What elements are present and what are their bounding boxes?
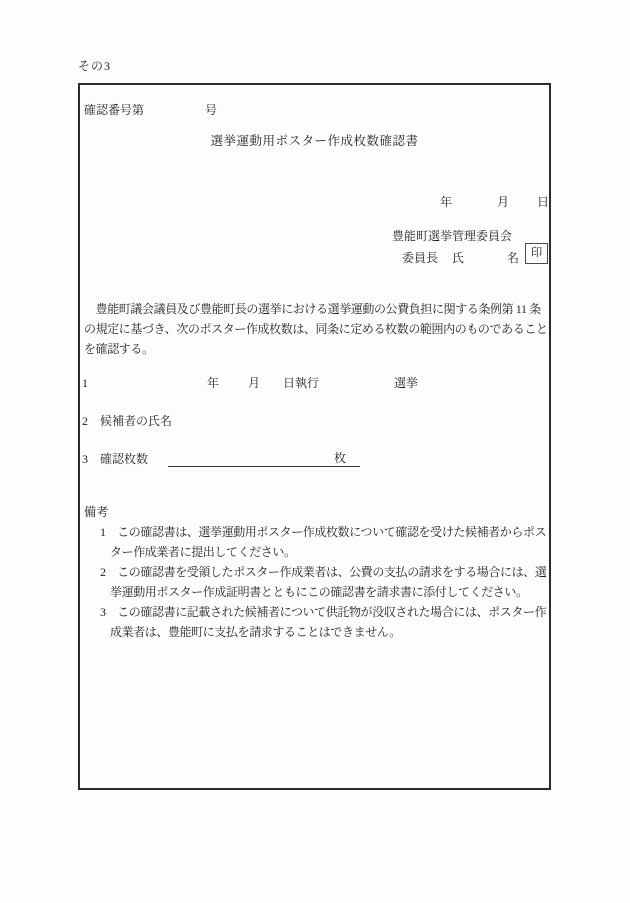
item3-number: 3: [82, 449, 88, 469]
item-confirmed-count-row: 3 確認枚数 枚: [80, 449, 549, 469]
chairperson-label: 委員長: [402, 248, 438, 268]
confirmation-number-suffix: 号: [205, 100, 217, 120]
item2-number: 2: [82, 411, 88, 431]
item1-year-label: 年: [207, 373, 219, 393]
issue-date-month-label: 月: [497, 192, 509, 212]
issue-date-row: 年 月 日: [80, 192, 549, 212]
confirmation-number-row: 確認番号第 号: [80, 100, 549, 120]
body-line: 豊能町議会議員及び豊能町長の選挙における選挙運動の公費負担に関する条例第 11 …: [84, 299, 547, 319]
sheet-number-label: その3: [78, 57, 111, 74]
body-line: の規定に基づき、次のポスター作成枚数は、同条に定める枚数の範囲内のものであること: [84, 319, 547, 339]
issuer-organization-row: 豊能町選挙管理委員会: [80, 226, 549, 246]
item2-label: 候補者の氏名: [100, 411, 172, 431]
remarks-line: 3 この確認書に記載された候補者について供託物が没収された場合には、ポスター作: [80, 602, 547, 622]
remarks-line: 成業者は、豊能町に支払を請求することはできません。: [80, 622, 547, 642]
name-last-label: 名: [507, 248, 519, 268]
document-page: その3 確認番号第 号 選挙運動用ポスター作成枚数確認書 年 月 日 豊能町選挙…: [0, 0, 630, 903]
item1-month-label: 月: [248, 373, 260, 393]
remarks-line: 2 この確認書を受領したポスター作成業者は、公費の支払の請求をする場合には、選: [80, 562, 547, 582]
remarks-line: 挙運動用ポスター作成証明書とともにこの確認書を請求書に添付してください。: [80, 582, 547, 602]
item-election-date-row: 1 年 月 日執行 選挙: [80, 373, 549, 393]
item1-election-label: 選挙: [394, 373, 418, 393]
item3-label: 確認枚数: [100, 449, 148, 469]
item1-day-executed-label: 日執行: [283, 373, 319, 393]
remarks-heading: 備考: [80, 502, 547, 522]
issue-date-year-label: 年: [440, 192, 452, 212]
item1-number: 1: [82, 373, 88, 393]
remarks-line: ター作成業者に提出してください。: [80, 542, 547, 562]
item-candidate-name-row: 2 候補者の氏名: [80, 411, 549, 431]
count-unit-label: 枚: [334, 451, 346, 465]
form-border-box: 確認番号第 号 選挙運動用ポスター作成枚数確認書 年 月 日 豊能町選挙管理委員…: [78, 83, 551, 790]
seal-mark: 印: [525, 243, 548, 264]
remarks-section: 備考 1 この確認書は、選挙運動用ポスター作成枚数について確認を受けた候補者から…: [80, 502, 547, 642]
remarks-line: 1 この確認書は、選挙運動用ポスター作成枚数について確認を受けた候補者からポス: [80, 522, 547, 542]
form-title: 選挙運動用ポスター作成枚数確認書: [80, 131, 549, 151]
name-first-label: 氏: [452, 248, 464, 268]
body-line: を確認する。: [84, 339, 547, 359]
issuer-organization-name: 豊能町選挙管理委員会: [392, 226, 512, 246]
issue-date-day-label: 日: [537, 192, 549, 212]
chairperson-row: 委員長 氏 名: [80, 248, 549, 268]
body-paragraph: 豊能町議会議員及び豊能町長の選挙における選挙運動の公費負担に関する条例第 11 …: [84, 299, 547, 359]
confirmed-count-underline-field: 枚: [168, 449, 360, 467]
confirmation-number-prefix: 確認番号第: [84, 100, 144, 120]
